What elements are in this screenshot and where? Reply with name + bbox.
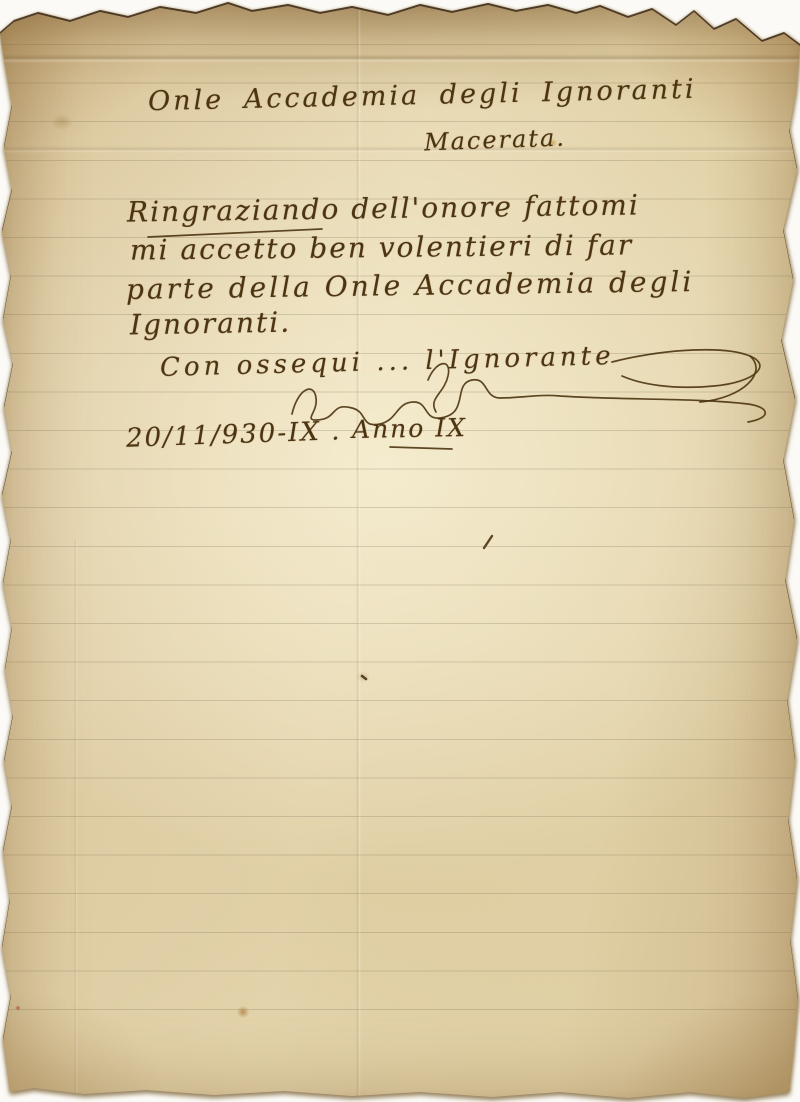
edge-vignette	[0, 0, 800, 1102]
paper-shadow: Onle Accademia degli Ignoranti Macerata.…	[0, 0, 800, 1102]
paper-sheet: Onle Accademia degli Ignoranti Macerata.…	[0, 0, 800, 1102]
letter-scan: Onle Accademia degli Ignoranti Macerata.…	[0, 0, 800, 1102]
